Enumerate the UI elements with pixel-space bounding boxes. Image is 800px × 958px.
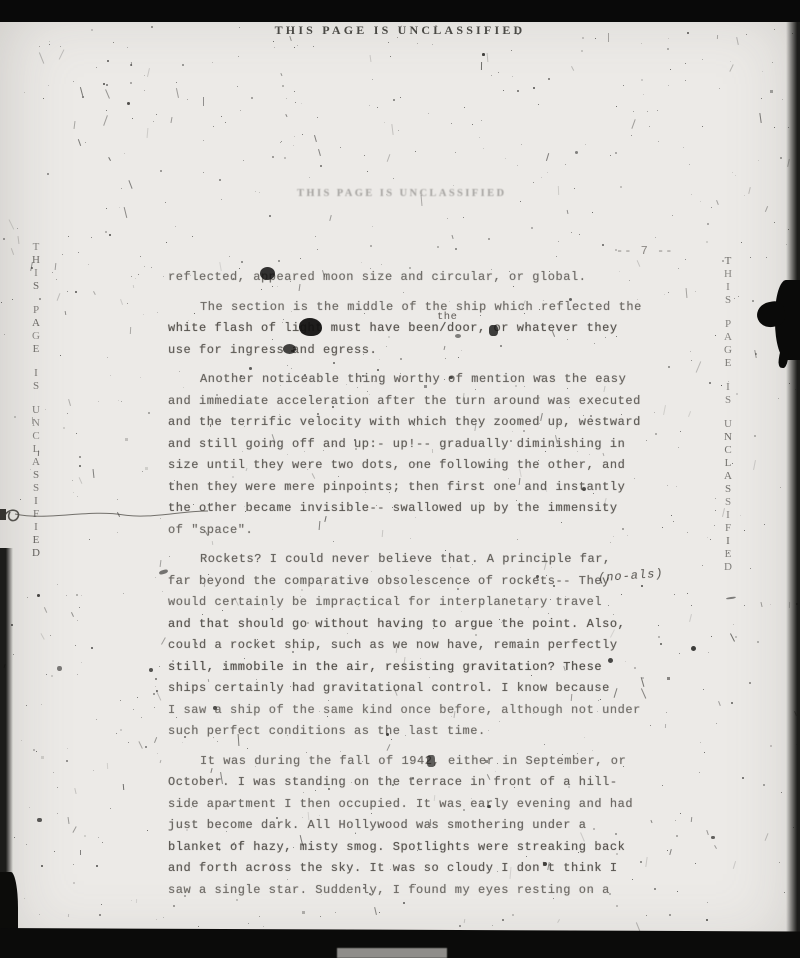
typewritten-line: still, immobile in the air, resisting gr… (168, 660, 680, 682)
string-artifact (0, 496, 212, 538)
vertical-letter: C (32, 430, 39, 443)
typewritten-line: and forth across the sky. It was so clou… (168, 861, 680, 883)
paragraph: reflected, appeared moon size and circul… (168, 270, 680, 292)
vertical-letter: A (724, 331, 732, 344)
vertical-letter: I (726, 281, 730, 294)
classification-banner-ghost: THIS PAGE IS UNCLASSIFIED (297, 188, 506, 199)
vertical-letter: L (725, 457, 732, 470)
vertical-letter: S (33, 280, 39, 293)
vertical-letter: T (725, 255, 732, 268)
typewritten-line: use for ingress and egress. (168, 343, 680, 365)
typewritten-line: ships certainly had gravitational contro… (168, 681, 680, 703)
vertical-letter: S (33, 482, 39, 495)
vertical-letter: C (724, 444, 731, 457)
vertical-letter: I (34, 267, 38, 280)
vertical-letter: P (725, 318, 731, 331)
paragraph: It was during the fall of 1942, either i… (168, 754, 680, 905)
typewritten-line: such perfect conditions as the last time… (168, 724, 680, 746)
vertical-letter: E (725, 548, 732, 561)
vertical-letter: H (724, 268, 732, 281)
vertical-letter: I (726, 381, 730, 394)
typewritten-line: The section is the middle of the ship wh… (168, 300, 680, 322)
typewritten-line: saw a single star. Suddenly, I found my … (168, 883, 680, 905)
vertical-letter: H (32, 254, 40, 267)
vertical-letter: I (726, 509, 730, 522)
caret-mark (455, 334, 461, 338)
typewritten-line: of "space". (168, 523, 680, 545)
typewritten-line: I saw a ship of the same kind once befor… (168, 703, 680, 725)
vertical-letter: U (724, 418, 732, 431)
ink-dot (608, 658, 613, 663)
scan-edge-right (786, 22, 800, 958)
typed-insertion-word: the (437, 311, 457, 323)
vertical-letter: N (32, 417, 40, 430)
typewritten-line: blanket of hazy, misty smog. Spotlights … (168, 840, 680, 862)
vertical-letter: D (724, 561, 732, 574)
scan-top-black-bar (0, 0, 800, 22)
vertical-letter: I (34, 367, 38, 380)
vertical-letter: G (724, 344, 732, 357)
typewritten-line: size until they were two dots, one follo… (168, 458, 680, 480)
vertical-letter: L (33, 443, 40, 456)
typewritten-line: just become dark. All Hollywood was smot… (168, 818, 680, 840)
paragraph: The section is the middle of the ship wh… (168, 300, 680, 365)
vertical-letter: S (33, 469, 39, 482)
typewritten-body: reflected, appeared moon size and circul… (168, 270, 680, 912)
typewritten-line: Another noticeable thing worthy of menti… (168, 372, 680, 394)
vertical-letter: S (725, 483, 731, 496)
typewritten-line: and that should go without having to arg… (168, 617, 680, 639)
vertical-letter: I (726, 535, 730, 548)
typewritten-line: and still going off and up:- up!-- gradu… (168, 437, 680, 459)
vertical-letter: F (725, 522, 731, 535)
vertical-letter: E (725, 357, 732, 370)
vertical-letter: P (33, 304, 39, 317)
vertical-letter: A (724, 470, 732, 483)
typewritten-line: and the terrific velocity with which the… (168, 415, 680, 437)
vertical-letter: U (32, 404, 40, 417)
ink-blot (260, 267, 275, 280)
typewritten-line: reflected, appeared moon size and circul… (168, 270, 680, 292)
typewritten-line: could a rocket ship, such as we now have… (168, 638, 680, 660)
vertical-letter: T (33, 241, 40, 254)
margin-mark (159, 569, 169, 576)
classification-banner-right-vertical: THISPAGEISUNCLASSIFIED (719, 255, 737, 574)
typewritten-line: side apartment I then occupied. It was e… (168, 797, 680, 819)
vertical-letter: G (32, 330, 40, 343)
typewritten-line: It was during the fall of 1942, either i… (168, 754, 680, 776)
ink-blot (283, 344, 296, 354)
next-page-peek (337, 948, 447, 958)
ink-dot (691, 646, 696, 651)
vertical-letter: S (725, 294, 731, 307)
vertical-letter: S (725, 394, 731, 407)
typewritten-line: then they were mere pinpoints; then firs… (168, 480, 680, 502)
typewritten-line: the other became invisible-- swallowed u… (168, 501, 680, 523)
ink-blot (489, 325, 498, 336)
vertical-letter: D (32, 547, 40, 560)
vertical-letter: A (32, 317, 40, 330)
classification-banner-top: THIS PAGE IS UNCLASSIFIED (0, 23, 800, 38)
typewritten-line: would certainly be impractical for inter… (168, 595, 680, 617)
stray-mark (726, 596, 736, 599)
ink-blot (299, 318, 322, 336)
vertical-letter: A (32, 456, 40, 469)
typewritten-line: and immediate acceleration after the tur… (168, 394, 680, 416)
vertical-letter: E (33, 343, 40, 356)
paragraph: Another noticeable thing worthy of menti… (168, 372, 680, 544)
typewritten-line: October. I was standing on the terrace i… (168, 775, 680, 797)
overstrike-mark (427, 755, 435, 767)
page-number: -- 7 -- (616, 244, 673, 258)
typewritten-line: white flash of light must have been/door… (168, 321, 680, 343)
scanned-document-page: THIS PAGE IS UNCLASSIFIED THIS PAGE IS U… (0, 0, 800, 958)
vertical-letter: S (725, 496, 731, 509)
vertical-letter: S (33, 380, 39, 393)
vertical-letter: N (724, 431, 732, 444)
